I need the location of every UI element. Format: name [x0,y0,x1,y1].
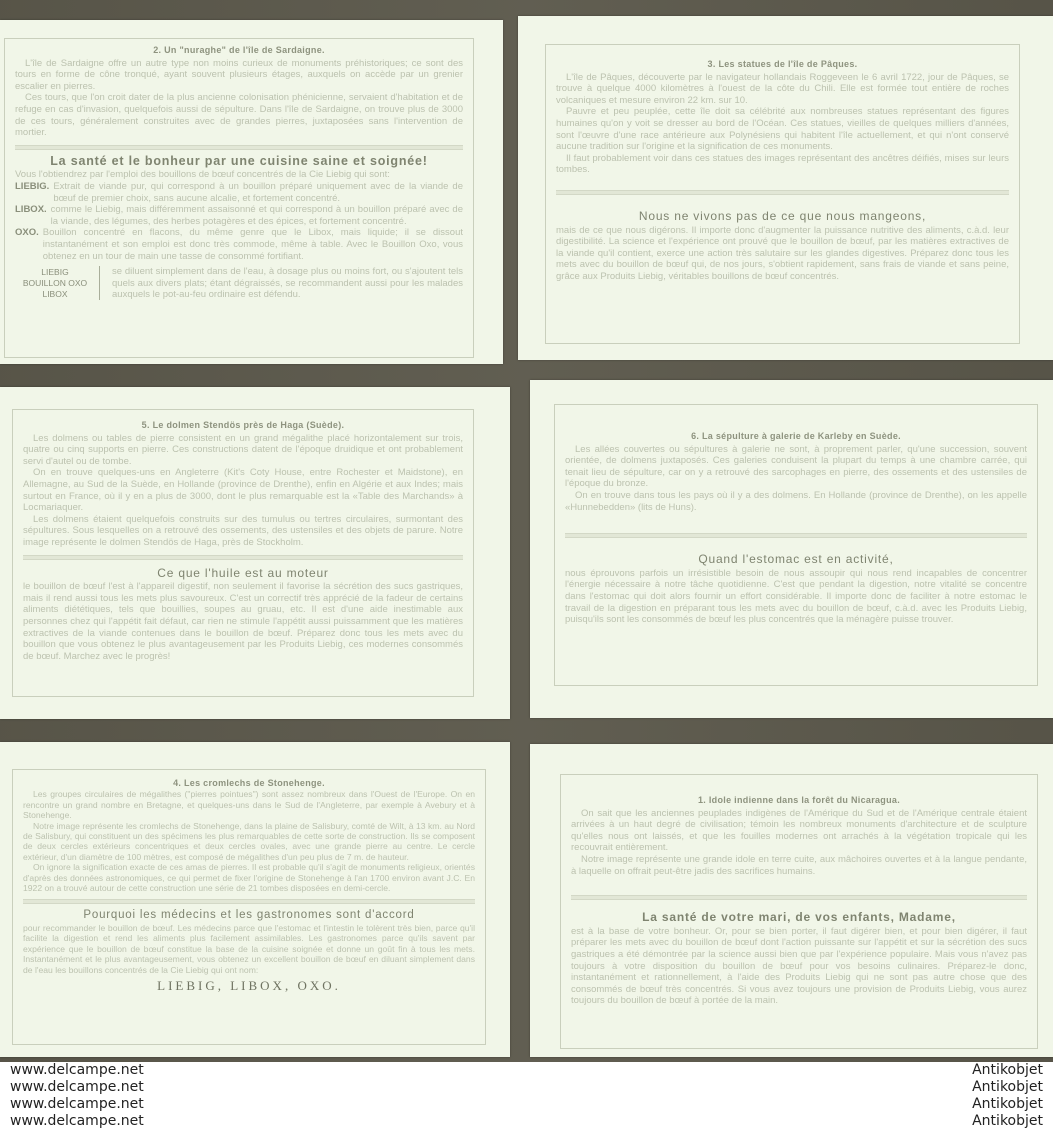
card-title: 6. La sépulture à galerie de Karleby en … [565,431,1027,443]
watermark-site: www.delcampe.net [10,1096,144,1112]
card-paragraph: L'île de Sardaigne offre un autre type n… [15,58,463,93]
card-paragraph: Notre image représente les cromlechs de … [23,821,475,863]
card-paragraph: Ces tours, que l'on croit dater de la pl… [15,92,463,138]
divider [23,555,463,560]
card-title: 4. Les cromlechs de Stonehenge. [23,778,475,788]
card-dolmen-stendos: 5. Le dolmen Stendös près de Haga (Suède… [0,387,510,719]
brands-note: se diluent simplement dans de l'eau, à d… [112,266,463,301]
divider [565,533,1027,538]
card-slogan: Ce que l'huile est au moteur [23,568,463,580]
card-nicaragua-idol: 1. Idole indienne dans la forêt du Nicar… [530,744,1053,1057]
card-easter-island: 3. Les statues de l'île de Pâques. L'île… [518,16,1053,360]
card-paragraph: On ignore la signification exacte de ces… [23,862,475,893]
card-body: est à la base de votre bonheur. Or, pour… [571,926,1027,1007]
divider [23,899,475,904]
card-title: 5. Le dolmen Stendös près de Haga (Suède… [23,420,463,432]
watermark-row: www.delcampe.net Antikobjet [10,1079,1043,1095]
card-paragraph: Les dolmens ou tables de pierre consiste… [23,433,463,468]
brands-list: LIEBIG BOUILLON OXO LIBOX [15,267,95,300]
card-stonehenge: 4. Les cromlechs de Stonehenge. Les grou… [0,742,510,1057]
card-slogan: Quand l'estomac est en activité, [565,554,1027,566]
brace [99,266,106,300]
card-paragraph: Notre image représente une grande idole … [571,854,1027,877]
card-paragraph: Les dolmens étaient quelquefois construi… [23,514,463,549]
card-slogan: La santé de votre mari, de vos enfants, … [571,912,1027,924]
card-body: le bouillon de bœuf l'est à l'appareil d… [23,581,463,662]
card-paragraph: Les groupes circulaires de mégalithes ("… [23,789,475,820]
card-body: nous éprouvons parfois un irrésistible b… [565,568,1027,626]
card-title: 3. Les statues de l'île de Pâques. [556,59,1009,71]
card-paragraph: Pauvre et peu peuplée, cette île doit sa… [556,106,1009,152]
card-slogan: Pourquoi les médecins et les gastronomes… [23,910,475,920]
watermark-seller: Antikobjet [972,1096,1043,1112]
card-body: Vous l'obtiendrez par l'emploi des bouil… [15,169,463,181]
card-slogan: La santé et le bonheur par une cuisine s… [15,156,463,168]
card-paragraph: Il faut probablement voir dans ces statu… [556,153,1009,176]
divider [556,190,1009,195]
card-paragraph: On sait que les anciennes peuplades indi… [571,808,1027,854]
brand-liebig: LIEBIG. Extrait de viande pur, qui corre… [15,181,463,204]
divider [15,145,463,150]
watermark-row: www.delcampe.net Antikobjet [10,1062,1043,1078]
brands-summary: LIEBIG BOUILLON OXO LIBOX se diluent sim… [15,266,463,301]
watermark-row: www.delcampe.net Antikobjet [10,1096,1043,1112]
card-title: 2. Un "nuraghe" de l'île de Sardaigne. [15,45,463,57]
watermark-seller: Antikobjet [972,1079,1043,1095]
divider [571,895,1027,900]
card-paragraph: On en trouve dans tous les pays où il y … [565,490,1027,513]
card-body: pour recommander le bouillon de bœuf. Le… [23,923,475,975]
watermark-site: www.delcampe.net [10,1079,144,1095]
card-paragraph: Les allées couvertes ou sépultures à gal… [565,444,1027,490]
card-paragraph: On en trouve quelques-uns en Angleterre … [23,467,463,513]
watermark-row: www.delcampe.net Antikobjet [10,1113,1043,1129]
card-body: mais de ce que nous digérons. Il importe… [556,225,1009,283]
watermark-seller: Antikobjet [972,1062,1043,1078]
card-slogan: Nous ne vivons pas de ce que nous mangeo… [556,211,1009,223]
brand-libox: LIBOX. comme le Liebig, mais différemmen… [15,204,463,227]
card-title: 1. Idole indienne dans la forêt du Nicar… [571,795,1027,807]
card-karleby: 6. La sépulture à galerie de Karleby en … [530,380,1053,718]
watermark-seller: Antikobjet [972,1113,1043,1129]
card-paragraph: L'île de Pâques, découverte par le navig… [556,72,1009,107]
card-nuraghe: 2. Un "nuraghe" de l'île de Sardaigne. L… [0,20,503,364]
brand-oxo: OXO. Bouillon concentré en flacons, du m… [15,227,463,262]
watermark-site: www.delcampe.net [10,1062,144,1078]
footer-brands: LIEBIG, LIBOX, OXO. [23,981,475,991]
watermark-site: www.delcampe.net [10,1113,144,1129]
